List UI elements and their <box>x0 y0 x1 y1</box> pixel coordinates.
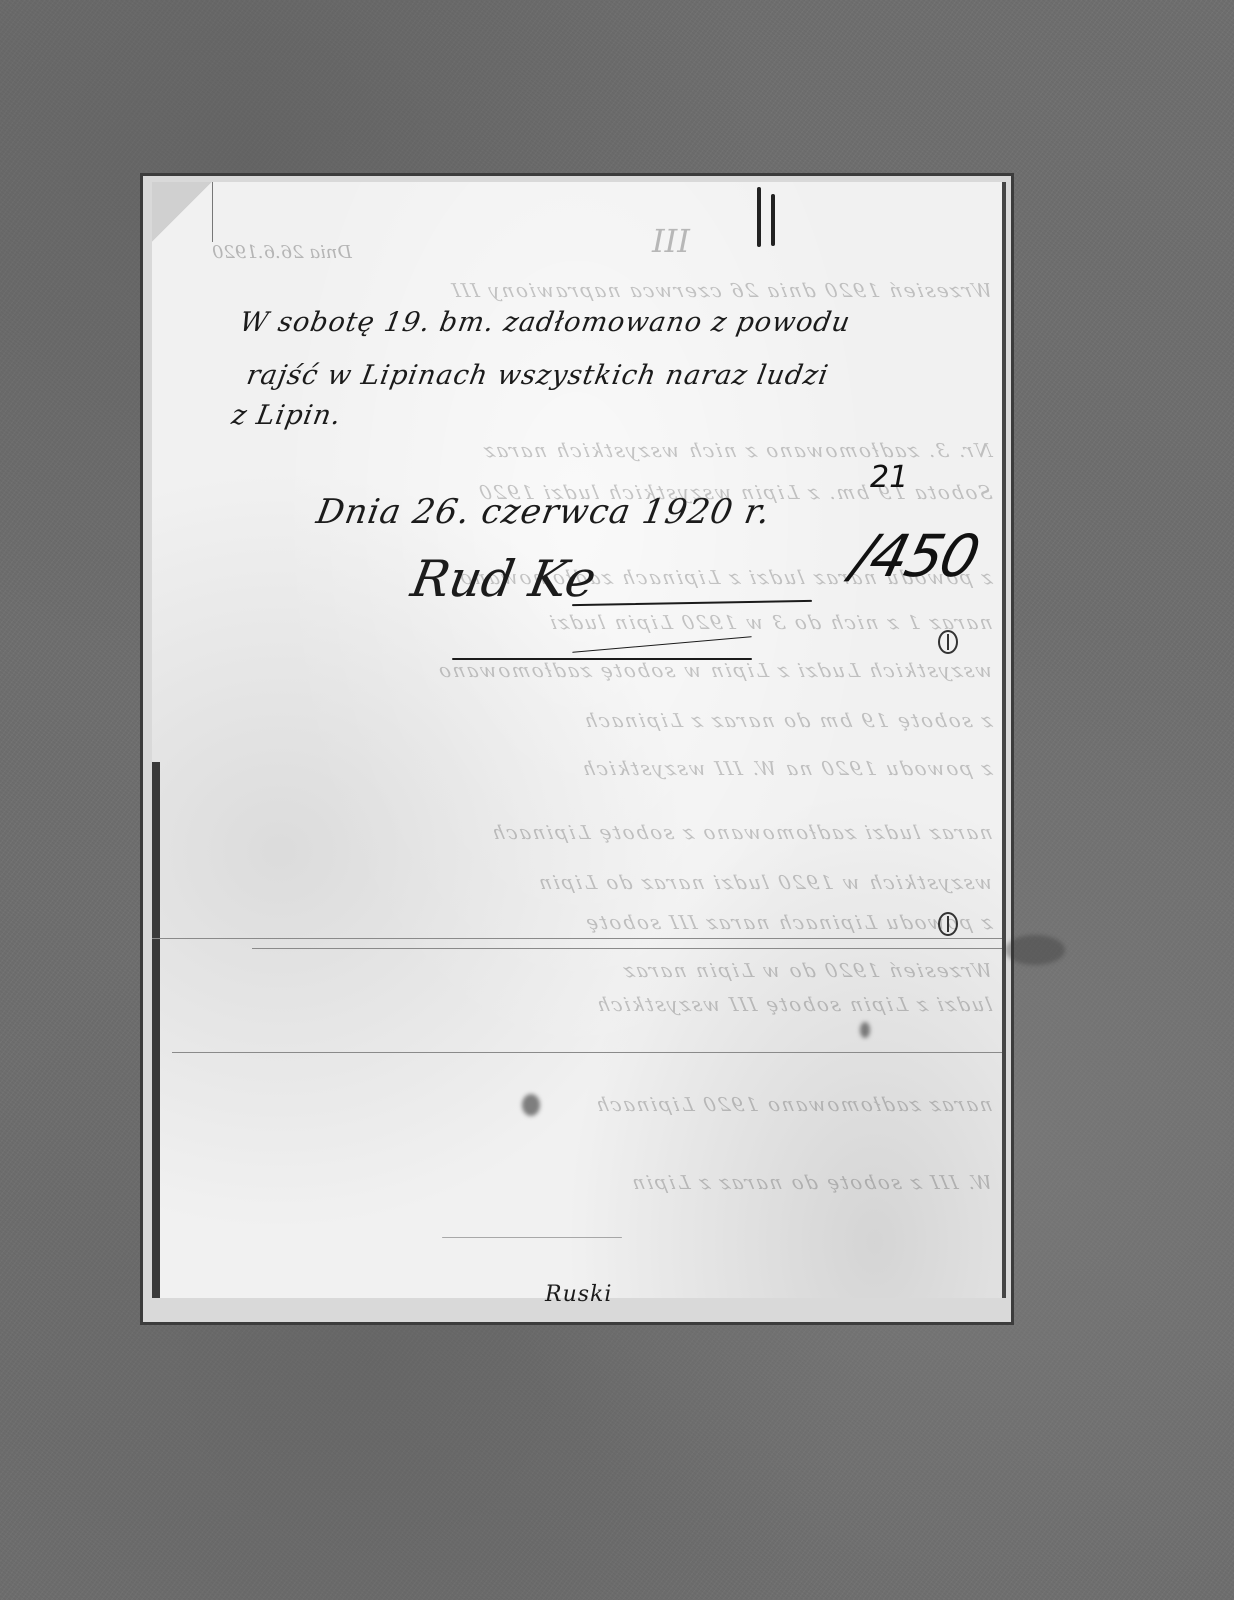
faint-header-pencil: Dnia 26.6.1920 <box>212 242 352 263</box>
bleed-through-line: wszystkich Ludzi z Lipin w sobotę zadłom… <box>185 660 995 682</box>
ink-blot <box>860 1022 870 1038</box>
signature: Rud Ke <box>407 550 601 608</box>
page-edge-shadow <box>152 762 160 1298</box>
handwritten-line-1: W sobotę 19. bm. zadłomowano z powodu <box>237 307 853 338</box>
bleed-through-line: naraz 1 z nich do 3 w 1920 Lipin ludzi <box>185 612 995 634</box>
signature-stroke <box>572 636 751 653</box>
bleed-through-line: Nr. 3. zadłomowano z nich wszystkich nar… <box>185 440 995 462</box>
bleed-through-line: wszystkich w 1920 ludzi naraz do Lipin <box>185 872 995 894</box>
punch-hole-mark <box>938 912 958 936</box>
document-page: III Dnia 26.6.1920 Wrzesień 1920 dnia 26… <box>152 182 1006 1298</box>
bleed-through-line: W. III z sobotę do naraz z Lipin <box>185 1172 995 1194</box>
ruled-line <box>252 948 1002 949</box>
background-stain <box>1005 935 1065 965</box>
bleed-through-line: Wrzesień 1920 do w Lipin naraz <box>185 960 995 982</box>
ruled-line <box>172 1052 1002 1053</box>
ruled-line <box>152 938 1002 939</box>
bleed-through-line: Wrzesień 1920 dnia 26 czerwca naprawiony… <box>185 280 995 302</box>
bleed-through-line: naraz zadłomowano 1920 Lipinach <box>185 1094 995 1116</box>
reference-number-top: 21 <box>870 460 908 495</box>
reference-number-main: /450 <box>846 522 985 590</box>
bleed-through-line: z powodu 1920 na W. III wszystkich <box>185 758 995 780</box>
handwritten-line-2: rajść w Lipinach wszystkich naraz ludzi <box>244 360 831 391</box>
handwritten-date: Dnia 26. czerwca 1920 r. <box>313 492 773 532</box>
binding-marks <box>757 182 777 257</box>
pencil-mark <box>442 1237 622 1238</box>
bottom-label: Ruski <box>545 1282 612 1307</box>
folded-corner <box>152 182 213 242</box>
ink-blot <box>522 1094 540 1116</box>
bleed-through-line: naraz ludzi zadłomowano z sobotę Lipinac… <box>185 822 995 844</box>
signature-underline <box>452 658 752 660</box>
bleed-through-line: z sobotę 19 bm do naraz z Lipinach <box>185 710 995 732</box>
bleed-through-line: ludzi z Lipin sobotę III wszystkich <box>185 994 995 1016</box>
bleed-through-line: z powodu Lipinach naraz III sobotę <box>185 912 995 934</box>
handwritten-line-3: z Lipin. <box>229 400 344 431</box>
punch-hole-mark <box>938 630 958 654</box>
faint-top-mark: III <box>652 222 690 260</box>
signature-flourish <box>572 600 812 606</box>
